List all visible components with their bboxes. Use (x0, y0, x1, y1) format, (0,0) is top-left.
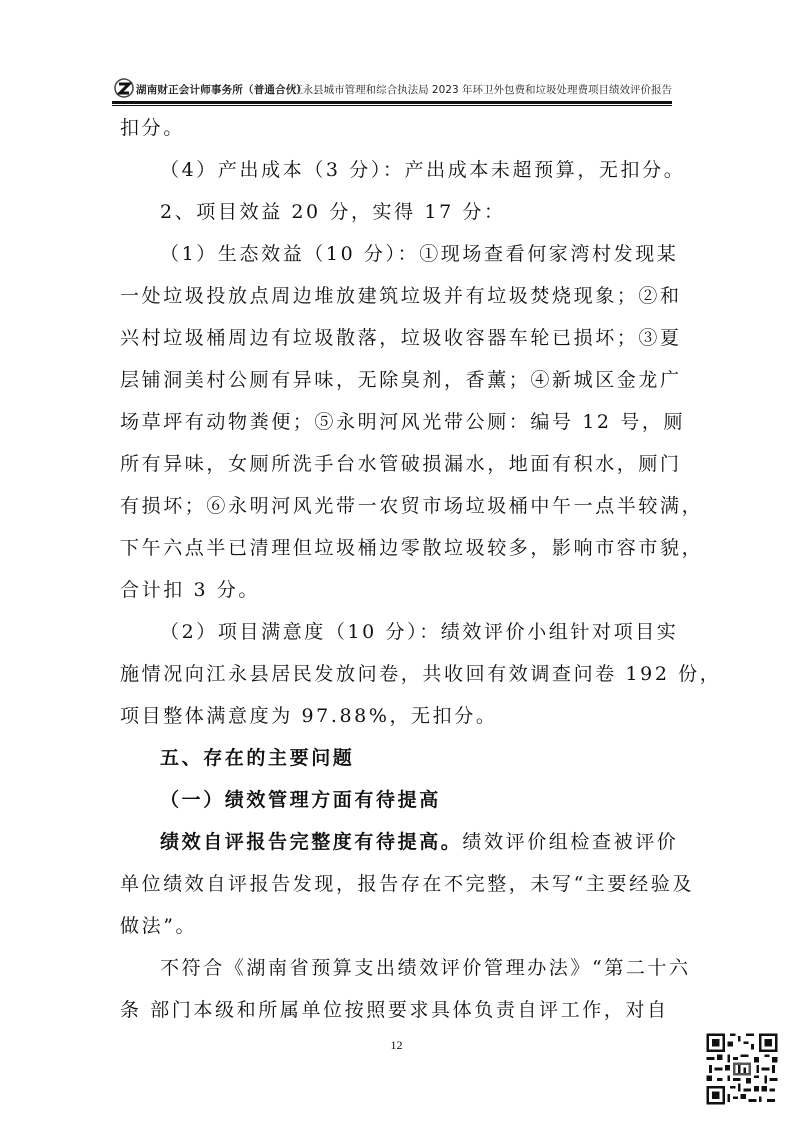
section-heading: 五、存在的主要问题 (160, 746, 680, 770)
finding-text: 绩效评价组检查被评价 (462, 831, 678, 853)
subsection-heading: （一）绩效管理方面有待提高 (160, 788, 680, 812)
body-line: 绩效自评报告完整度有待提高。绩效评价组检查被评价 (160, 830, 680, 854)
body-line: （2）项目满意度（10 分）：绩效评价小组针对项目实 (160, 620, 680, 644)
body-line: 一处垃圾投放点周边堆放建筑垃圾并有垃圾焚烧现象；②和 (120, 284, 680, 308)
body-line: 做法”。 (120, 914, 680, 938)
header-rule-thick (112, 101, 672, 104)
finding-title: 绩效自评报告完整度有待提高。 (160, 831, 462, 853)
report-title: 江永县城市管理和综合执法局 2023 年环卫外包费和垃圾处理费项目绩效评价报告 (292, 82, 672, 97)
firm-name: 湖南财正会计师事务所（普通合伙） (136, 82, 307, 97)
body-line: 扣分。 (120, 116, 680, 140)
body-line: 场草坪有动物粪便；⑤永明河风光带公厕：编号 12 号，厕 (120, 410, 680, 434)
firm-logo-icon (114, 78, 134, 98)
body-line: 有损坏；⑥永明河风光带一农贸市场垃圾桶中午一点半较满， (120, 494, 680, 518)
body-line: 条 部门本级和所属单位按照要求具体负责自评工作，对自 (120, 998, 680, 1022)
body-line: 施情况向江永县居民发放问卷，共收回有效调查问卷 192 份， (120, 662, 680, 686)
body-line: 项目整体满意度为 97.88%，无扣分。 (120, 704, 680, 728)
page-header: 湖南财正会计师事务所（普通合伙） 江永县城市管理和综合执法局 2023 年环卫外… (112, 78, 672, 100)
body-line: 2、项目效益 20 分，实得 17 分： (160, 200, 680, 224)
qr-code-icon (704, 1030, 780, 1108)
body-line: （4）产出成本（3 分）：产出成本未超预算，无扣分。 (160, 158, 680, 182)
body-line: （1）生态效益（10 分）：①现场查看何家湾村发现某 (160, 242, 680, 266)
body-line: 单位绩效自评报告发现，报告存在不完整，未写“主要经验及 (120, 872, 680, 896)
header-rule-thin (112, 105, 672, 106)
page-number: 12 (0, 1038, 793, 1053)
body-line: 兴村垃圾桶周边有垃圾散落，垃圾收容器车轮已损坏；③夏 (120, 326, 680, 350)
body-line: 不符合《湖南省预算支出绩效评价管理办法》“第二十六 (160, 956, 680, 980)
body-line: 层铺洞美村公厕有异味，无除臭剂，香薰；④新城区金龙广 (120, 368, 680, 392)
body-line: 下午六点半已清理但垃圾桶边零散垃圾较多，影响市容市貌， (120, 536, 680, 560)
body-line: 所有异味，女厕所洗手台水管破损漏水，地面有积水，厕门 (120, 452, 680, 476)
body-line: 合计扣 3 分。 (120, 578, 680, 602)
